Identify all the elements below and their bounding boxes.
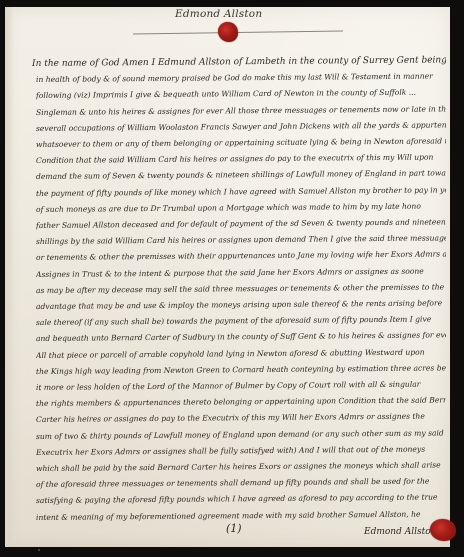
will-body-text: In the name of God Amen I Edmund Allston…	[36, 56, 446, 526]
wax-seal-icon	[430, 519, 456, 541]
paper-blemish	[38, 549, 40, 551]
document-viewer-frame: Edmond Allston In the name of God Amen I…	[0, 0, 464, 557]
wax-seal-icon	[218, 22, 238, 42]
signature: Edmond Allston	[364, 527, 436, 537]
page-number: (1)	[226, 522, 242, 535]
paper-edge-shadow	[5, 7, 14, 547]
docket-title: Edmond Allston	[175, 8, 262, 20]
